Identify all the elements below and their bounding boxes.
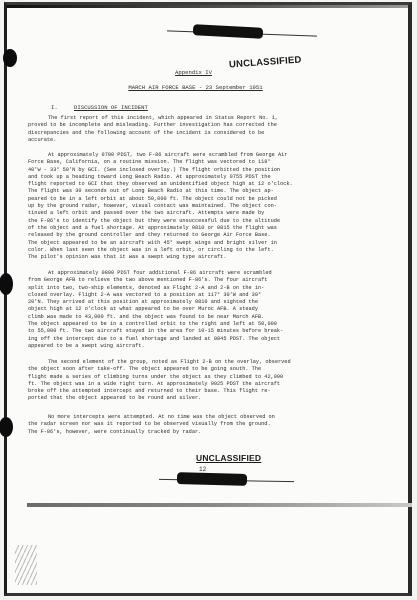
- paragraph-1: The first report of this incident, which…: [28, 115, 378, 144]
- page-fold-edge: [27, 503, 412, 507]
- redaction-bar-bottom: [177, 472, 247, 486]
- section-number: I.: [51, 104, 58, 111]
- section-title: DISCUSSION OF INCIDENT: [74, 104, 148, 111]
- document-title: MARCH AIR FORCE BASE - 23 September 1951: [0, 84, 396, 91]
- paragraph-5: No more intercepts were attempted. At no…: [28, 414, 378, 436]
- scan-edge: [7, 5, 408, 8]
- paragraph-2: At approximately 0700 PDST, two F-86 air…: [28, 152, 378, 261]
- paragraph-3: At approximately 0800 PDST four addition…: [28, 270, 378, 350]
- document-page: UNCLASSIFIED Appendix IV MARCH AIR FORCE…: [4, 2, 412, 596]
- redaction-bar-top: [193, 24, 263, 39]
- punch-hole-lower: [0, 417, 13, 437]
- classification-stamp-bottom: UNCLASSIFIED: [196, 453, 261, 463]
- punch-hole-middle: [0, 273, 13, 295]
- appendix-heading: Appendix IV: [0, 69, 394, 76]
- punch-hole-top: [3, 49, 17, 67]
- paragraph-4: The second element of the group, noted a…: [28, 359, 378, 403]
- scan-artifact: [15, 545, 37, 585]
